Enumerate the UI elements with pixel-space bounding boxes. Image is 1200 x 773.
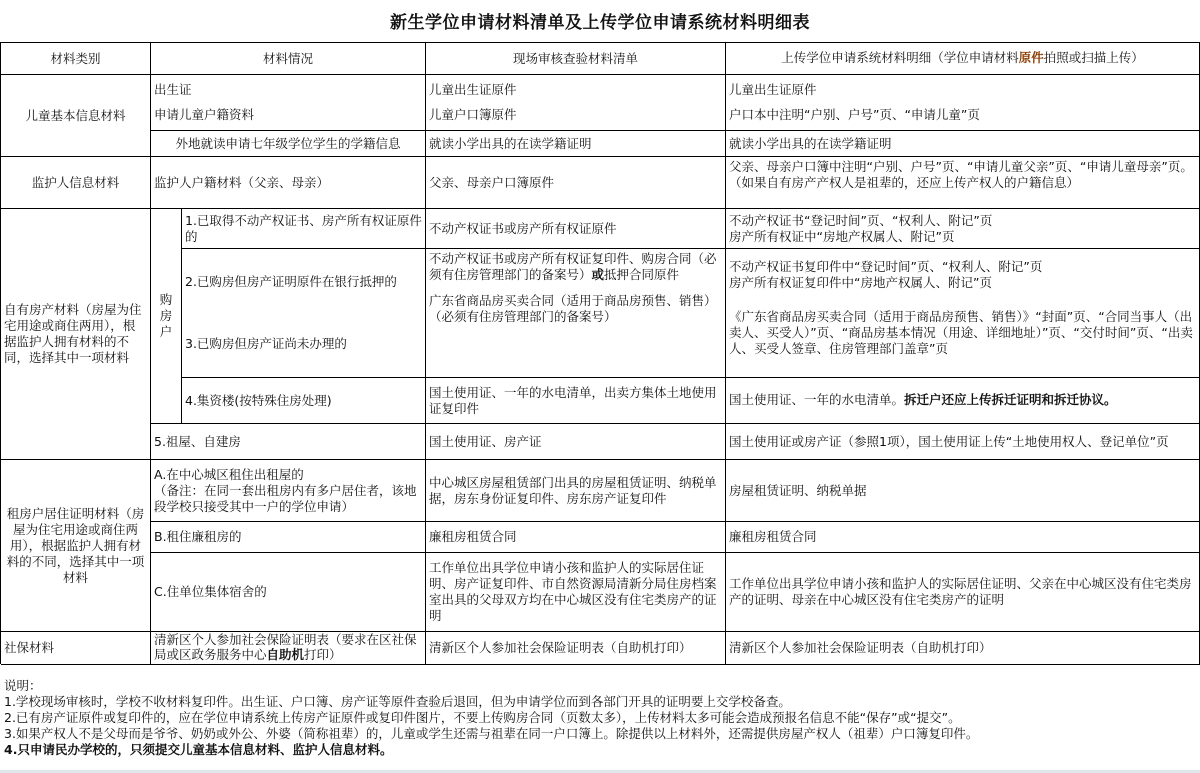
materials-table: 材料类别 材料情况 现场审核查验材料清单 上传学位申请系统材料明细（学位申请材料… [0, 42, 1200, 664]
onsite-item4: 国土使用证、一年的水电清单，出卖方集体土地使用证复印件 [426, 378, 726, 424]
child-onsite-cell: 儿童出生证原件 儿童户口簿原件 [426, 75, 726, 131]
situation-guardian: 监护人户籍材料（父亲、母亲） [151, 157, 426, 209]
upload-school-record: 就读小学出具的在读学籍证明 [726, 131, 1200, 157]
onsite-itemB: 廉租房租赁合同 [426, 522, 726, 553]
header-onsite: 现场审核查验材料清单 [426, 43, 726, 75]
upload-social: 清新区个人参加社会保险证明表（自助机打印） [726, 632, 1200, 665]
situation-itemB: B.租住廉租房的 [151, 522, 426, 553]
child-situation-cell: 出生证 申请儿童户籍资料 [151, 75, 426, 131]
situation-item3: 3.已购房但房产证尚未办理的 [185, 336, 422, 352]
header-situation: 材料情况 [151, 43, 426, 75]
situation-itemA: A.在中心城区租住出租屋的 （备注：在同一套出租房内有多户居住者，该地段学校只接… [151, 460, 426, 522]
upload-items-2-3: 不动产权证书复印件中“登记时间”页、“权利人、附记”页 房产所有权证复印件中“房… [726, 249, 1200, 378]
situation-item5: 5.祖屋、自建房 [151, 424, 426, 460]
note-3: 3.如果产权人不是父母而是爷爷、奶奶或外公、外婆（简称祖辈）的，儿童或学生还需与… [4, 726, 1194, 742]
situation-item2: 2.已购房但房产证明原件在银行抵押的 [185, 274, 422, 290]
upload-item2-line2: 房产所有权证复印件中“房地产权属人、附记”页 [729, 275, 1196, 291]
onsite-household: 儿童户口簿原件 [429, 107, 722, 123]
category-guardian: 监护人信息材料 [1, 157, 151, 209]
situation-birth-cert: 出生证 [154, 82, 422, 98]
onsite-items-2-3: 不动产权证书或房产所有权证复印件、购房合同（必须有住房管理部门的备案号）或抵押合… [426, 249, 726, 378]
notes-section: 说明： 1.学校现场审核时，学校不收材料复印件。出生证、户口簿、房产证等原件查验… [4, 678, 1194, 758]
onsite-item1: 不动产权证书或房产所有权证原件 [426, 209, 726, 249]
header-category: 材料类别 [1, 43, 151, 75]
situation-social: 清新区个人参加社会保险证明表（要求在区社保局或区政务服务中心自助机打印） [151, 632, 426, 665]
child-upload-cell: 儿童出生证原件 户口本中注明“户别、户号”页、“申请儿童”页 [726, 75, 1200, 131]
situation-household: 申请儿童户籍资料 [154, 107, 422, 123]
situation-school-record: 外地就读申请七年级学位学生的学籍信息 [151, 131, 426, 157]
purchase-label: 购房户 [151, 209, 182, 424]
onsite-itemA: 中心城区房屋租赁部门出具的房屋租赁证明、纳税单据，房东身份证复印件、房东房产证复… [426, 460, 726, 522]
situation-item4: 4.集资楼(按特殊住房处理) [182, 378, 426, 424]
upload-item3: 《广东省商品房买卖合同（适用于商品房预售、销售）》“封面”页、“合同当事人（出卖… [729, 309, 1196, 357]
upload-item1: 不动产权证书“登记时间”页、“权利人、附记”页 房产所有权证中“房地产权属人、附… [726, 209, 1200, 249]
situation-items-2-3: 2.已购房但房产证明原件在银行抵押的 3.已购房但房产证尚未办理的 [182, 249, 426, 378]
upload-itemB: 廉租房租赁合同 [726, 522, 1200, 553]
category-child: 儿童基本信息材料 [1, 75, 151, 157]
onsite-item2: 不动产权证书或房产所有权证复印件、购房合同（必须有住房管理部门的备案号）或抵押合… [429, 251, 722, 283]
category-rental: 租房户居住证明材料（房屋为住宅用途或商住两用），根据监护人拥有材料的不同，选择其… [1, 460, 151, 632]
note-1: 1.学校现场审核时，学校不收材料复印件。出生证、户口簿、房产证等原件查验后退回，… [4, 694, 1194, 710]
upload-itemA: 房屋租赁证明、纳税单据 [726, 460, 1200, 522]
original-highlight: 原件 [1019, 50, 1044, 65]
situation-itemC: C.住单位集体宿舍的 [151, 553, 426, 632]
upload-household: 户口本中注明“户别、户号”页、“申请儿童”页 [729, 107, 1196, 123]
onsite-item3: 广东省商品房买卖合同（适用于商品房预售、销售）（必须有住房管理部门的备案号） [429, 293, 722, 325]
upload-guardian: 父亲、母亲户口簿中注明“户别、户号”页、“申请儿童父亲”页、“申请儿童母亲”页。… [726, 157, 1200, 209]
header-upload: 上传学位申请系统材料明细（学位申请材料原件拍照或扫描上传） [726, 43, 1200, 75]
category-social: 社保材料 [1, 632, 151, 665]
onsite-birth-cert: 儿童出生证原件 [429, 82, 722, 98]
upload-item4: 国土使用证、一年的水电清单。拆迁户还应上传拆迁证明和拆迁协议。 [726, 378, 1200, 424]
situation-item1: 1.已取得不动产权证书、房产所有权证原件的 [182, 209, 426, 249]
page-title: 新生学位申请材料清单及上传学位申请系统材料明细表 [0, 8, 1200, 33]
onsite-social: 清新区个人参加社会保险证明表（自助机打印） [426, 632, 726, 665]
onsite-school-record: 就读小学出具的在读学籍证明 [426, 131, 726, 157]
onsite-itemC: 工作单位出具学位申请小孩和监护人的实际居住证明、房产证复印件、市自然资源局清新分… [426, 553, 726, 632]
upload-item5: 国土使用证或房产证（参照1项），国土使用证上传“土地使用权人、登记单位”页 [726, 424, 1200, 460]
note-4: 4.只申请民办学校的，只须提交儿童基本信息材料、监护人信息材料。 [4, 742, 1194, 758]
onsite-item5: 国土使用证、房产证 [426, 424, 726, 460]
demolition-note: 拆迁户还应上传拆迁证明和拆迁协议。 [904, 392, 1117, 407]
upload-birth-cert: 儿童出生证原件 [729, 82, 1196, 98]
upload-itemC: 工作单位出具学位申请小孩和监护人的实际居住证明、父亲在中心城区没有住宅类房产的证… [726, 553, 1200, 632]
notes-heading: 说明： [4, 678, 1194, 694]
upload-item2-line1: 不动产权证书复印件中“登记时间”页、“权利人、附记”页 [729, 259, 1196, 275]
note-2: 2.已有房产证原件或复印件的，应在学位申请系统上传房产证原件或复印件图片，不要上… [4, 710, 1194, 726]
onsite-guardian: 父亲、母亲户口簿原件 [426, 157, 726, 209]
category-owned-property: 自有房产材料（房屋为住宅用途或商住两用），根据监护人拥有材料的不同，选择其中一项… [1, 209, 151, 460]
